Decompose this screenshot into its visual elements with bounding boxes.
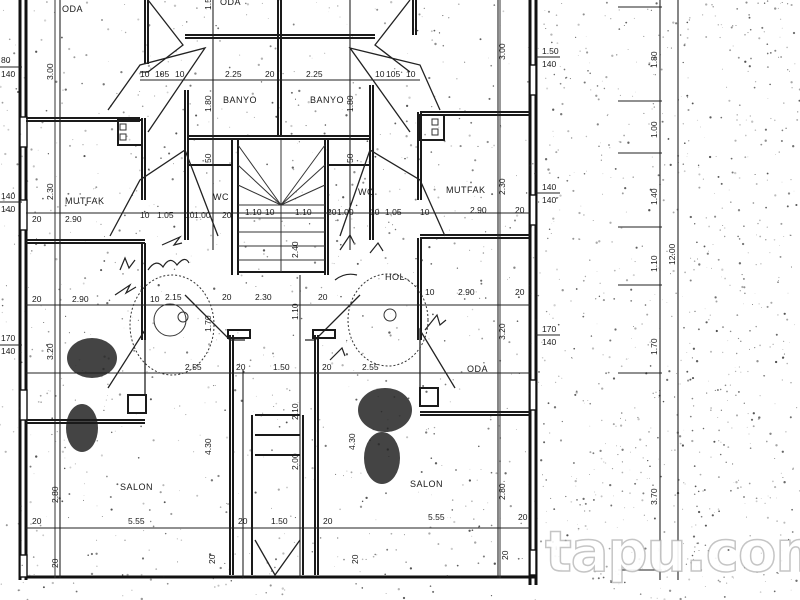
interior-walls [26,0,530,575]
dim-text: 1.10 [295,207,312,217]
room-label-mutfak: MUTFAK [446,185,486,195]
staircase [238,140,325,272]
dim-text: 3.70 [649,488,659,505]
dim-text: 12.00 [667,243,677,265]
dim-text: 5.55 [428,512,445,522]
dim-text: 10 [140,69,150,79]
dim-text: 2.25 [306,69,323,79]
dim-text: 20 [222,210,232,220]
room-label-oda: ODA [62,4,83,14]
dim-text: 20 [32,214,42,224]
dim-text: 10 [265,207,275,217]
dim-text: 140 [1,346,15,356]
dim-text: 1.50 [542,46,559,56]
dim-text: 50 [203,153,213,163]
dim-text: 2.80 [50,486,60,503]
dim-text: 20 [500,550,510,560]
dim-text: 1.50 [203,0,213,10]
dim-text: 20 [265,69,275,79]
dim-text: 2.30 [497,178,507,195]
dim-text: 2.10 [290,403,300,420]
dim-text: 10 [150,294,160,304]
room-label-salon: SALON [120,482,153,492]
room-label-banyo: BANYO [223,95,257,105]
dim-text: 20 [222,292,232,302]
room-label-wc: WC [358,187,374,197]
dim-text: 3.20 [45,343,55,360]
dim-text: 1.40 [649,188,659,205]
dim-text: 80 [1,55,11,65]
dim-text: 170 [542,324,556,334]
dim-text: 105 [386,69,400,79]
dim-text: 20 [327,207,337,217]
room-label-oda: ODA [467,364,488,374]
dim-text: 1.80 [203,95,213,112]
room-label-mutfak: MUTFAK [65,196,105,206]
dim-text: 20 [32,516,42,526]
dim-text: 5.55 [128,516,145,526]
dim-text: 2.30 [45,183,55,200]
dim-text: 20 [518,512,528,522]
dim-text: 3.00 [497,43,507,60]
floor-plan-drawing: ODA ODA BANYO BANYO WC WC MUTFAK MUTFAK … [0,0,800,600]
dim-text: 10 [140,210,150,220]
dim-text: 1.00 [194,210,211,220]
dim-text: 105 [155,69,169,79]
dim-text: 2.90 [458,287,475,297]
dim-text: 20 [207,554,217,564]
dim-text: 2.30 [255,292,272,302]
dim-text: 1.10 [245,207,262,217]
dim-text: 20 [350,554,360,564]
dim-text: 140 [542,182,556,192]
dim-text: 4.30 [347,433,357,450]
dim-text: 20 [323,516,333,526]
dim-text: 3.20 [497,323,507,340]
dim-text: 2.00 [290,453,300,470]
dim-text: 1.05 [385,207,402,217]
dim-text: 2.80 [497,483,507,500]
dim-text: 2.25 [225,69,242,79]
dim-text: 1.00 [649,121,659,138]
dim-text: 3.00 [45,63,55,80]
dim-text: 140 [1,69,15,79]
dim-text: 10 [370,207,380,217]
dim-text: 170 [1,333,15,343]
room-label-oda: ODA [220,0,241,7]
dim-text: 20 [515,205,525,215]
dim-text: 140 [542,59,556,69]
dim-text: 2.55 [185,362,202,372]
dim-text: 10 [175,69,185,79]
dim-text: 20 [50,558,60,568]
room-label-banyo: BANYO [310,95,344,105]
ink-blots [66,338,412,484]
dim-text: 10 [406,69,416,79]
dim-text: 2.40 [290,241,300,258]
dimension-lines [0,0,678,580]
dim-text: 10 [425,287,435,297]
dim-text: 20 [32,294,42,304]
dim-text: 10 [420,207,430,217]
dim-text: 140 [1,204,15,214]
dim-text: 20 [238,516,248,526]
dim-text: 1.70 [649,338,659,355]
dim-text: 1.70 [203,315,213,332]
dim-text: 2.15 [165,292,182,302]
dim-text: 140 [542,337,556,347]
dim-text: 140 [1,191,15,201]
dim-text: 20 [515,287,525,297]
dim-text: 50 [345,153,355,163]
dim-text: 2.90 [72,294,89,304]
dim-text: 1.00 [337,207,354,217]
dim-text: 1.80 [649,51,659,68]
dim-text: 140 [542,195,556,205]
dim-text: 1.10 [649,255,659,272]
dim-text: 1.10 [290,303,300,320]
dim-text: 4.30 [203,438,213,455]
dim-text: 20 [236,362,246,372]
dim-text: 10 [375,69,385,79]
dim-text: 1.80 [345,95,355,112]
dim-text: 20 [322,362,332,372]
room-label-wc: WC [213,192,229,202]
dim-text: 20 [318,292,328,302]
dim-text: 2.90 [65,214,82,224]
dim-text: 1.50 [273,362,290,372]
dim-text: 1.50 [271,516,288,526]
room-label-salon: SALON [410,479,443,489]
dim-text: 2.90 [470,205,487,215]
dim-text: 1.05 [157,210,174,220]
dim-text: 2.55 [362,362,379,372]
